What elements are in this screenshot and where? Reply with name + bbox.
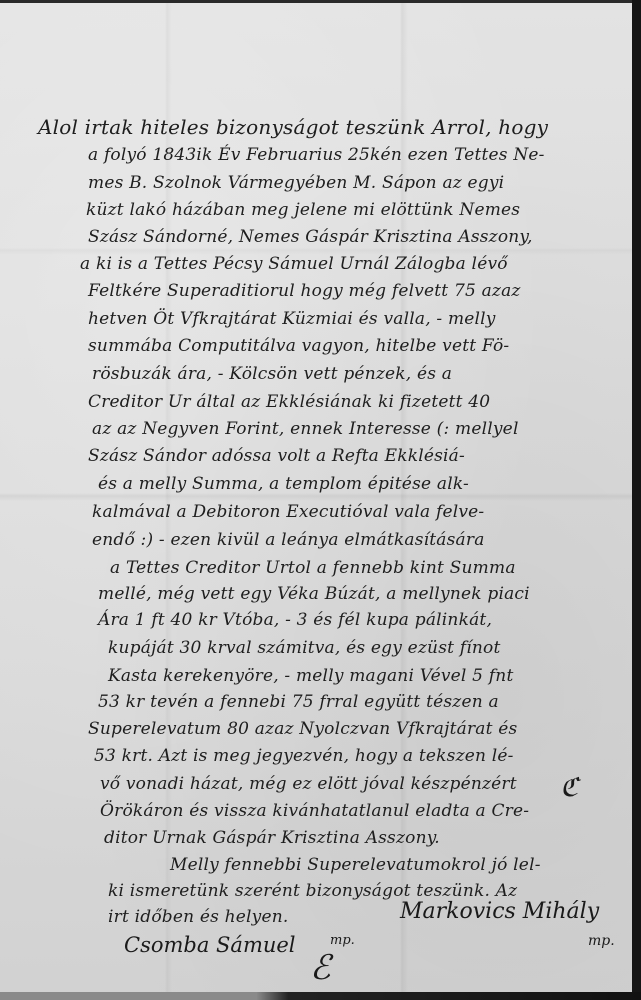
text-line: Feltkére Superaditiorul hogy még felvett… <box>88 281 521 301</box>
text-line: Szász Sándor adóssa volt a Refta Ekklési… <box>88 446 465 466</box>
signature-csomba: Csomba Sámuel <box>124 933 296 957</box>
text-line: Melly fennebbi Superelevatumokrol jó lel… <box>170 855 541 875</box>
scan-right-edge <box>632 0 641 1000</box>
text-line: vő vonadi házat, még ez elött jóval kész… <box>100 774 517 794</box>
text-line: a folyó 1843ik Év Februarius 25kén ezen … <box>88 145 545 165</box>
text-line: rösbuzák ára, - Kölcsön vett pénzek, és … <box>92 364 452 384</box>
signature-flourish-icon: ℰ <box>310 948 331 988</box>
text-line: küzt lakó házában meg jelene mi elöttünk… <box>86 200 520 220</box>
text-line: hetven Öt Vfkrajtárat Küzmiai és valla, … <box>88 309 496 329</box>
text-line: endő :) - ezen kivül a leánya elmátkasít… <box>92 530 485 550</box>
text-line: kupáját 30 krval számitva, és egy ezüst … <box>108 638 501 658</box>
manuscript-page: Alol irtak hiteles bizonyságot teszünk A… <box>0 3 632 993</box>
text-line: mellé, még vett egy Véka Búzát, a mellyn… <box>98 584 530 604</box>
text-line: Ára 1 ft 40 kr Vtóba, - 3 és fél kupa pá… <box>98 610 492 630</box>
scan-bottom-edge <box>0 992 641 1000</box>
text-line: a Tettes Creditor Urtol a fennebb kint S… <box>110 558 516 578</box>
text-line: irt időben és helyen. <box>108 907 289 927</box>
text-line: Örökáron és vissza kivánhatatlanul eladt… <box>100 801 529 821</box>
signature-mark-left: mp. <box>330 933 355 948</box>
text-line: ki ismeretünk szerént bizonyságot teszün… <box>108 881 517 901</box>
text-line: mes B. Szolnok Vármegyében M. Sápon az e… <box>88 173 504 193</box>
text-line: Superelevatum 80 azaz Nyolczvan Vfkrajtá… <box>88 719 517 739</box>
text-line: Kasta kerekenyöre, - melly magani Vével … <box>108 666 513 686</box>
signature-mark-right: mp. <box>588 933 615 949</box>
text-line: és a melly Summa, a templom épitése alk- <box>98 474 469 494</box>
text-line: a ki is a Tettes Pécsy Sámuel Urnál Zálo… <box>80 254 508 274</box>
text-line: 53 kr tevén a fennebi 75 frral együtt té… <box>98 692 499 712</box>
text-line: Creditor Ur által az Ekklésiának ki fize… <box>88 392 490 412</box>
text-line: summába Computitálva vagyon, hitelbe vet… <box>88 336 509 356</box>
text-line: ditor Urnak Gáspár Krisztina Asszony. <box>104 828 440 848</box>
signature-markovics: Markovics Mihály <box>400 899 599 924</box>
text-line: kalmával a Debitoron Executióval vala fe… <box>92 502 484 522</box>
text-line: 53 krt. Azt is meg jegyezvén, hogy a tek… <box>94 746 514 766</box>
manuscript-text: Alol irtak hiteles bizonyságot teszünk A… <box>0 3 632 993</box>
text-line: Alol irtak hiteles bizonyságot teszünk A… <box>38 115 548 139</box>
margin-flourish-icon: ℭ <box>560 773 578 803</box>
text-line: az az Negyven Forint, ennek Interesse (:… <box>92 419 519 439</box>
text-line: Szász Sándorné, Nemes Gáspár Krisztina A… <box>88 227 533 247</box>
